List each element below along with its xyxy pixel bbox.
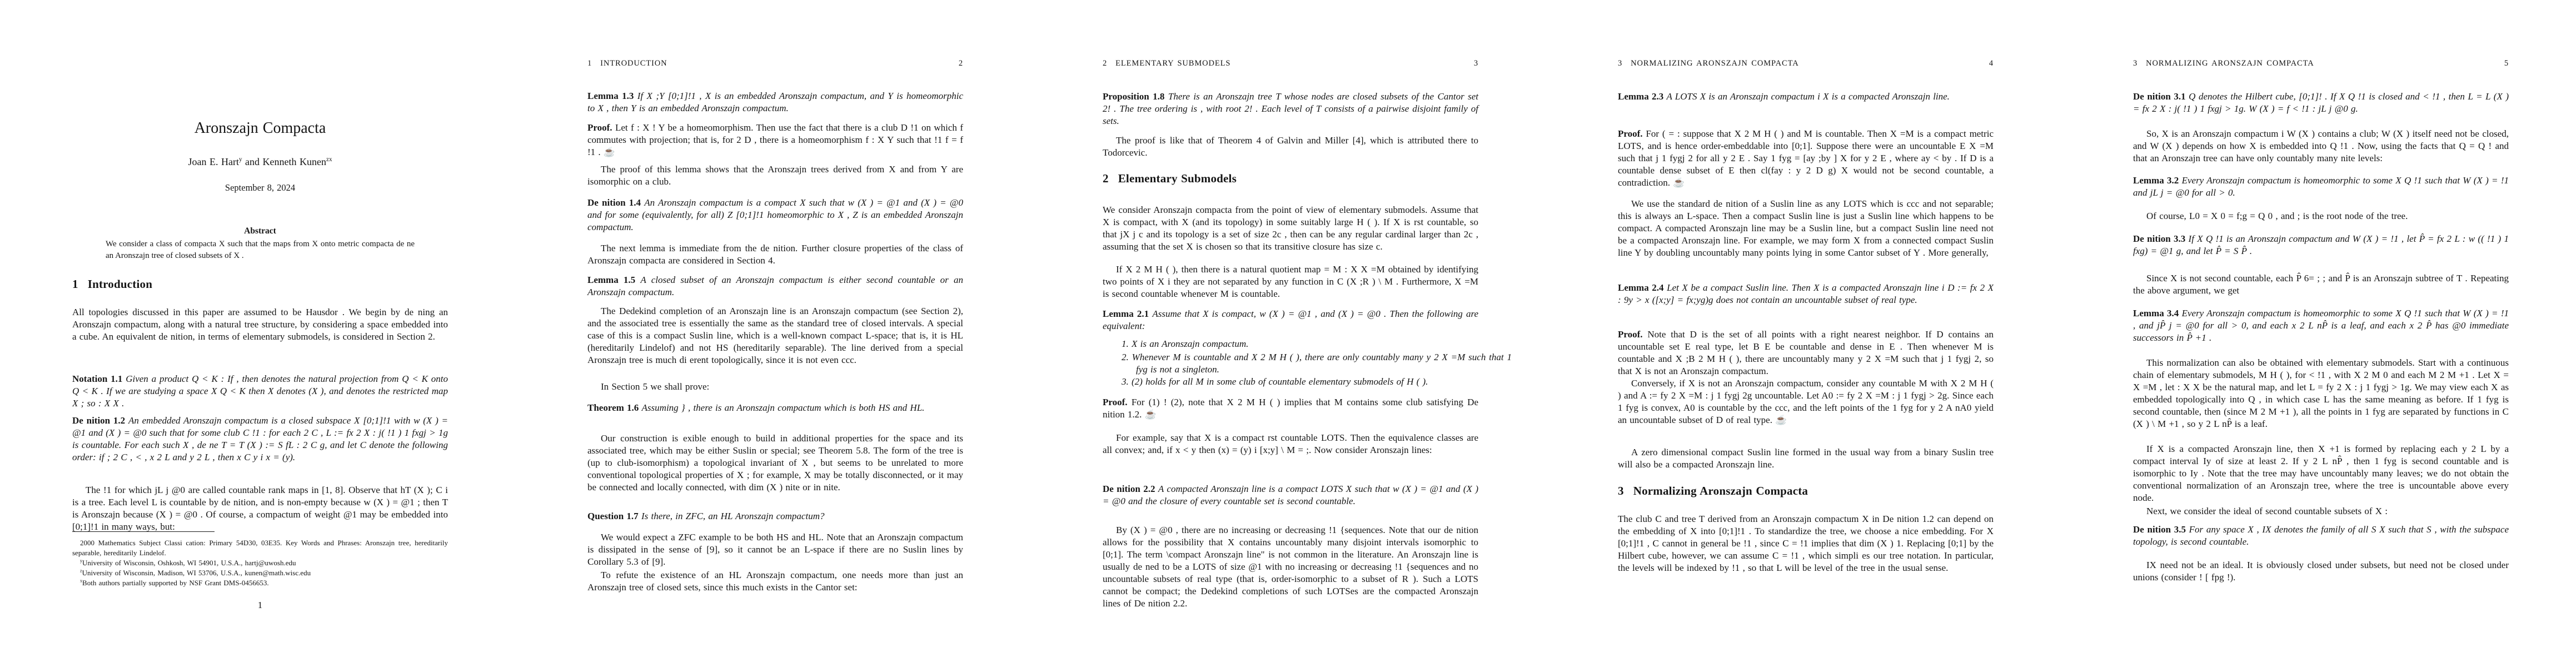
paragraph-compacted-line: If X is a compacted Aronszajn line, then… [2133,443,2509,504]
paragraph-intro: All topologies discussed in this paper a… [72,306,448,343]
footnote-grant: xBoth authors partially supported by NSF… [72,578,448,588]
footnote-text: University of Wisconsin, Madison, WI 537… [82,569,311,577]
lemma-label: Lemma 2.4 [1618,282,1664,293]
section-3-heading: 3Normalizing Aronszajn Compacta [1618,485,1994,497]
lemma-label: Lemma 3.2 [2133,175,2179,186]
running-header-section: 2ELEMENTARY SUBMODELS [1103,57,1230,69]
definition-label: De nition 1.2 [72,415,125,426]
lemma-text: Let X be a compact Suslin line. Then X i… [1618,282,1994,305]
definition-label: De nition 2.2 [1103,484,1155,494]
footnote-author-2: zUniversity of Wisconsin, Madison, WI 53… [72,568,448,578]
lemma-1-3: Lemma 1.3 If X ;Y [0;1]!1 , X is an embe… [587,90,963,115]
running-header: 2ELEMENTARY SUBMODELS3 [1103,57,1478,69]
author-2-footnote-mark: zx [326,156,332,163]
lemma-text: A closed subset of an Aronszajn compactu… [587,275,963,297]
definition-1-4: De nition 1.4 An Aronszajn compactum is … [587,197,963,233]
authors-line: Joan E. Harty and Kenneth Kunenzx [72,156,448,168]
page-3: 2ELEMENTARY SUBMODELS3 Proposition 1.8 T… [1030,0,1546,667]
paragraph-dedekind: The Dedekind completion of an Aronszajn … [587,305,963,366]
definition-text: For any space X , IX denotes the family … [2133,524,2509,547]
proof-text: Let f : X ! Y be a homeomorphism. Then u… [587,122,963,157]
question-text: Is there, in ZFC, an HL Aronszajn compac… [641,511,825,521]
lemma-1-5: Lemma 1.5 A closed subset of an Aronszaj… [587,274,963,298]
page-number-header: 2 [959,57,963,69]
running-header-section: 1INTRODUCTION [587,57,667,69]
running-header-number: 3 [1618,59,1622,68]
lemma-text: Every Aronszajn compactum is homeomorphi… [2133,175,2509,198]
paragraph-subtree: Since X is not second countable, each P̂… [2133,272,2509,297]
running-header-section: 3NORMALIZING ARONSZAJN COMPACTA [2133,57,2314,69]
running-header-title: NORMALIZING ARONSZAJN COMPACTA [1631,59,1798,68]
paragraph-galvin: The proof is like that of Theorem 4 of G… [1103,135,1478,159]
notation-label: Notation 1.1 [72,374,122,384]
lemma-text: Every Aronszajn compactum is homeomorphi… [2133,308,2509,343]
paragraph-club: The proof of this lemma shows that the A… [587,163,963,188]
lemma-2-1: Lemma 2.1 Assume that X is compact, w (X… [1103,308,1478,332]
paragraph-refute: To refute the existence of an HL Aronsza… [587,569,963,594]
abstract-heading: Abstract [72,225,448,237]
paragraph-expect: We would expect a ZFC example to be both… [587,531,963,568]
running-header-section: 3NORMALIZING ARONSZAJN COMPACTA [1618,57,1799,69]
paper-document: arXiv:0806.4499v1 [math.GN] 27 Jun 2008 … [0,0,2576,667]
definition-1-2: De nition 1.2 An embedded Aronszajn comp… [72,415,448,464]
definition-3-5: De nition 3.5 For any space X , IX denot… [2133,524,2509,548]
section-number: 1 [72,277,78,291]
list-item-2: 2. Whenever M is countable and X 2 M H (… [1103,351,1512,376]
definition-text: An embedded Aronszajn compactum is a clo… [72,415,448,462]
paragraph-club-tree: The club C and tree T derived from an Ar… [1618,513,1994,574]
proof-text: For ( = : suppose that X 2 M H ( ) and M… [1618,128,1994,188]
theorem-label: Theorem 1.6 [587,402,639,413]
definition-text: A compacted Aronszajn line is a compact … [1103,484,1478,506]
paragraph-normalization: This normalization can also be obtained … [2133,357,2509,430]
paper-date: September 8, 2024 [72,182,448,194]
lemma-label: Lemma 1.3 [587,91,634,101]
paragraph-aronszajn-lines: By (X ) = @0 , there are no increasing o… [1103,524,1478,610]
lemma-text: Assume that X is compact, w (X ) = @1 , … [1103,308,1478,331]
page-4: 3NORMALIZING ARONSZAJN COMPACTA4 Lemma 2… [1546,0,2061,667]
paragraph-suslin: We use the standard de nition of a Susli… [1618,198,1994,259]
paragraph-ideal: Next, we consider the ideal of second co… [2133,505,2509,517]
running-header: 1INTRODUCTION2 [587,57,963,69]
footnote-text: Both authors partially supported by NSF … [82,579,269,587]
running-header-title: INTRODUCTION [600,59,667,68]
lemma-label: Lemma 2.1 [1103,308,1149,319]
running-header-title: ELEMENTARY SUBMODELS [1115,59,1230,68]
page-number-header: 3 [1474,57,1478,69]
page-number-header: 4 [1989,57,1994,69]
list-item-1: 1. X is an Aronszajn compactum. [1103,338,1512,350]
proof-1-3: Proof. Let f : X ! Y be a homeomorphism.… [587,122,963,158]
author-1: Joan E. Hart [188,156,238,167]
page-2: 1INTRODUCTION2 Lemma 1.3 If X ;Y [0;1]!1… [515,0,1030,667]
definition-text: An Aronszajn compactum is a compact X su… [587,197,963,232]
paper-title: Aronszajn Compacta [72,122,448,135]
question-1-7: Question 1.7 Is there, in ZFC, an HL Aro… [587,510,963,522]
running-header: 3NORMALIZING ARONSZAJN COMPACTA5 [2133,57,2509,69]
paragraph-root: Of course, L0 = X 0 = f;g = Q 0 , and ; … [2133,210,2509,222]
paragraph-ix: IX need not be an ideal. It is obviously… [2133,559,2509,584]
paragraph-tree: The !1 for which jL j @0 are called coun… [72,484,448,533]
page-number-header: 5 [2504,57,2509,69]
paragraph-submodels: We consider Aronszajn compacta from the … [1103,204,1478,253]
definition-3-1: De nition 3.1 Q denotes the Hilbert cube… [2133,91,2509,115]
footnote-author-1: yUniversity of Wisconsin, Oshkosh, WI 54… [72,558,448,568]
list-item-3: 3. (2) holds for all M in some club of c… [1103,376,1512,388]
lemma-3-4: Lemma 3.4 Every Aronszajn compactum is h… [2133,307,2509,344]
running-header-number: 2 [1103,59,1107,68]
definition-label: De nition 3.1 [2133,91,2186,102]
page-number-footer: 1 [72,599,448,611]
running-header-number: 3 [2133,59,2137,68]
lemma-2-4: Lemma 2.4 Let X be a compact Suslin line… [1618,282,1994,306]
lemma-text: If X ;Y [0;1]!1 , X is an embedded Arons… [587,91,963,113]
proof-2-4-part1: Proof. Note that D is the set of all poi… [1618,328,1994,377]
section-2-heading: 2Elementary Submodels [1103,172,1478,185]
page-1: Aronszajn Compacta Joan E. Harty and Ken… [0,0,515,667]
proof-label: Proof. [1618,329,1643,340]
paragraph-zero-dimensional: A zero dimensional compact Suslin line f… [1618,446,1994,471]
paragraph-quotient: If X 2 M H ( ), then there is a natural … [1103,263,1478,300]
definition-label: De nition 3.3 [2133,233,2185,244]
paragraph-lots: For example, say that X is a compact rst… [1103,432,1478,456]
running-header-title: NORMALIZING ARONSZAJN COMPACTA [2146,59,2314,68]
lemma-label: Lemma 1.5 [587,275,635,285]
notation-text: Given a product Q < K : If , then denote… [72,374,448,409]
paragraph-next-lemma: The next lemma is immediate from the de … [587,242,963,267]
paragraph-section5: In Section 5 we shall prove: [587,381,963,393]
notation-1-1: Notation 1.1 Given a product Q < K : If … [72,373,448,410]
paragraph-so: So, X is an Aronszajn compactum i W (X )… [2133,128,2509,165]
lemma-label: Lemma 3.4 [2133,308,2179,318]
author-2: and Kenneth Kunen [242,156,326,167]
lemma-label: Lemma 2.3 [1618,91,1663,102]
definition-text: Q denotes the Hilbert cube, [0;1]! . If … [2133,91,2509,114]
running-header-number: 1 [587,59,592,68]
question-label: Question 1.7 [587,511,639,521]
theorem-text: Assuming } , there is an Aronszajn compa… [642,402,925,413]
section-number: 3 [1618,484,1624,497]
proof-text: Note that D is the set of all points wit… [1618,329,1994,376]
definition-3-3: De nition 3.3 If X Q !1 is an Aronszajn … [2133,233,2509,257]
page-5: 3NORMALIZING ARONSZAJN COMPACTA5 De niti… [2061,0,2576,667]
running-header: 3NORMALIZING ARONSZAJN COMPACTA4 [1618,57,1994,69]
proof-text: For (1) ! (2), note that X 2 M H ( ) imp… [1103,397,1478,420]
proposition-1-8: Proposition 1.8 There is an Aronszajn tr… [1103,91,1478,127]
section-title: Introduction [88,277,152,291]
definition-2-2: De nition 2.2 A compacted Aronszajn line… [1103,483,1478,507]
proof-2-3: Proof. For ( = : suppose that X 2 M H ( … [1618,128,1994,189]
lemma-3-2: Lemma 3.2 Every Aronszajn compactum is h… [2133,175,2509,199]
section-number: 2 [1103,172,1109,185]
paragraph-construction: Our construction is exible enough to bui… [587,432,963,494]
footnote-text: University of Wisconsin, Oshkosh, WI 549… [82,559,296,567]
definition-text: If X Q !1 is an Aronszajn compactum and … [2133,233,2509,256]
theorem-1-6: Theorem 1.6 Assuming } , there is an Aro… [587,402,963,414]
proof-label: Proof. [1618,128,1643,139]
abstract-text: We consider a class of compacta X such t… [106,238,415,261]
proof-2-4-part2: Conversely, if X is not an Aronszajn com… [1618,377,1994,426]
proof-label: Proof. [1103,397,1128,407]
lemma-text: A LOTS X is an Aronszajn compactum i X i… [1666,91,1949,102]
definition-label: De nition 1.4 [587,197,641,208]
proof-label: Proof. [587,122,612,133]
section-title: Normalizing Aronszajn Compacta [1633,484,1808,497]
proof-2-1: Proof. For (1) ! (2), note that X 2 M H … [1103,396,1478,421]
definition-label: De nition 3.5 [2133,524,2186,535]
section-title: Elementary Submodels [1118,172,1237,185]
lemma-2-3: Lemma 2.3 A LOTS X is an Aronszajn compa… [1618,91,1994,103]
proposition-label: Proposition 1.8 [1103,91,1164,102]
footnote-rule [72,531,215,532]
footnote-msc: 2000 Mathematics Subject Classi cation: … [72,538,448,558]
section-1-heading: 1Introduction [72,278,448,290]
